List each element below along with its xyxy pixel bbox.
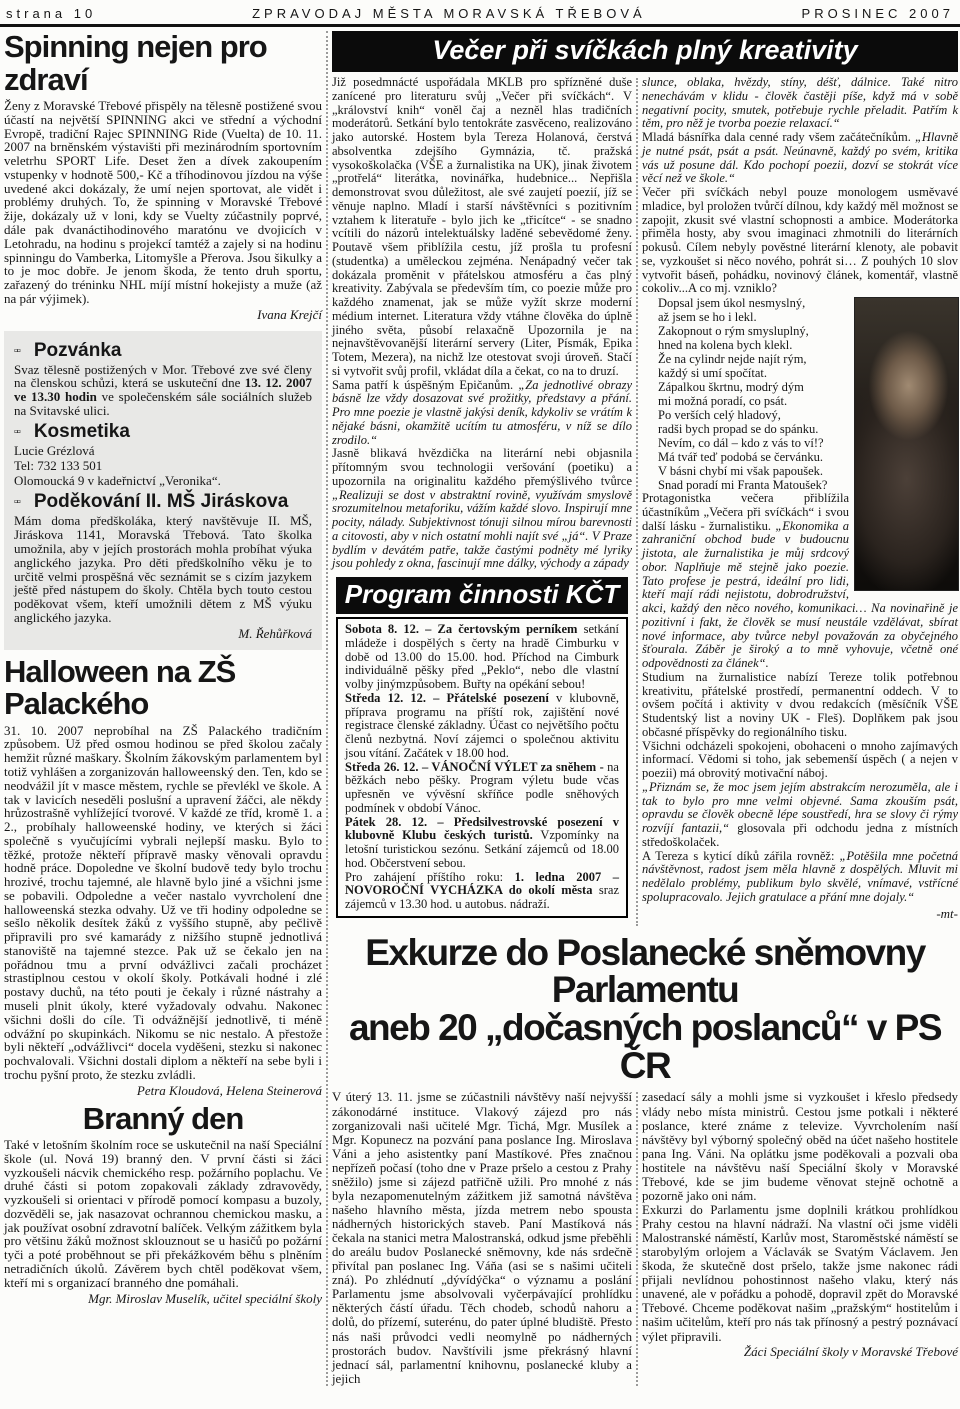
article-signature: Ivana Krejčí <box>4 307 322 323</box>
article-title-branny-den: Branný den <box>4 1103 322 1136</box>
paragraph: V úterý 13. 11. jsme se zúčastnili návšt… <box>332 1090 632 1385</box>
paragraph: Večer při svíčkách nebyl pouze monologem… <box>642 186 958 296</box>
article-title-vecer: Večer při svíčkách plný kreativity <box>332 31 958 72</box>
vecer-column-1: Již posedmnácté uspořádala MKLB pro spří… <box>332 76 632 926</box>
kct-item: Pátek 28. 12. – Předsilvestrovské poseze… <box>345 816 619 871</box>
left-column: Spinning nejen pro zdraví Ženy z Moravsk… <box>4 29 322 1386</box>
article-signature: -mt- <box>642 906 958 922</box>
paragraph: A Tereza s kyticí díků zářila rovněž: „P… <box>642 850 958 905</box>
paragraph: Svaz tělesně postižených v Mor. Třebové … <box>14 363 312 418</box>
exkurze-column-2: zasedací sály a mohli jsme si vyzkoušet … <box>642 1090 958 1385</box>
event-photo <box>855 298 958 590</box>
article-signature: Mgr. Miroslav Muselík, učitel speciální … <box>4 1291 322 1307</box>
paragraph: Také v letošním školním roce se uskutečn… <box>4 1138 322 1289</box>
article-signature: Petra Kloudová, Helena Steinerová <box>4 1083 322 1099</box>
notice-line: Tel: 732 133 501 <box>14 459 312 474</box>
kct-item: Středa 26. 12. – VÁNOČNÍ VÝLET za sněhem… <box>345 761 619 816</box>
page-number: strana 10 <box>6 6 96 21</box>
article-body-branny-den: Také v letošním školním roce se uskutečn… <box>4 1138 322 1289</box>
article-body-spinning: Ženy z Moravské Třebové přispěly na těle… <box>4 99 322 305</box>
notice-title-podekovani: ▫▫Poděkování II. MŠ Jiráskova <box>14 491 312 513</box>
article-signature: Žáci Speciální školy v Moravské Třebové <box>642 1345 958 1359</box>
issue-date: PROSINEC 2007 <box>802 6 954 21</box>
kct-item: Sobota 8. 12. – Za čertovským perníkem s… <box>345 623 619 692</box>
notice-body-podekovani: Mám doma předškoláka, který navštěvuje I… <box>14 514 312 624</box>
paragraph: „Přiznám se, že moc jsem jejím abstrakcí… <box>642 781 958 850</box>
notice-line: Lucie Grézlová <box>14 444 312 459</box>
list-marker-icon: ▫▫ <box>14 345 20 357</box>
notice-title-pozvanka: ▫▫Pozvánka <box>14 340 312 362</box>
paragraph: Studium na žurnalistice nabízí Tereze to… <box>642 671 958 740</box>
notice-line: Olomoucká 9 v kadeřnictví „Veronika“. <box>14 474 312 489</box>
newspaper-title: ZPRAVODAJ MĚSTA MORAVSKÁ TŘEBOVÁ <box>252 6 646 21</box>
paragraph: 31. 10. 2007 neprobíhal na ZŠ Palackého … <box>4 724 322 1082</box>
article-body-halloween: 31. 10. 2007 neprobíhal na ZŠ Palackého … <box>4 724 322 1082</box>
paragraph: Exkurzi do Parlamentu jsme doplnili krát… <box>642 1203 958 1344</box>
list-marker-icon: ▫▫ <box>14 496 20 508</box>
paragraph: Ženy z Moravské Třebové přispěly na těle… <box>4 99 322 305</box>
column-divider <box>636 1092 638 1385</box>
vecer-column-2: slunce, oblaka, hvězdy, stíny, déšť, dál… <box>642 76 958 926</box>
kct-box-title: Program činnosti KČT <box>336 577 628 614</box>
paragraph: slunce, oblaka, hvězdy, stíny, déšť, dál… <box>642 76 958 131</box>
paragraph: Všichni odcházeli spokojeni, obohaceni o… <box>642 740 958 781</box>
article-title-exkurze: Exkurze do Poslanecké sněmovny Parlament… <box>332 934 958 1085</box>
paragraph: Již posedmnácté uspořádala MKLB pro spří… <box>332 76 632 379</box>
column-divider <box>636 78 638 926</box>
kct-item: Pro zahájení příštího roku: 1. ledna 200… <box>345 871 619 912</box>
notices-box: ▫▫Pozvánka Svaz tělesně postižených v Mo… <box>4 331 322 650</box>
masthead: strana 10 ZPRAVODAJ MĚSTA MORAVSKÁ TŘEBO… <box>0 0 960 27</box>
paragraph: Mám doma předškoláka, který navštěvuje I… <box>14 514 312 624</box>
kct-program-box: Sobota 8. 12. – Za čertovským perníkem s… <box>336 617 628 918</box>
column-divider <box>326 31 328 1386</box>
paragraph: Jasně blikavá hvězdička na literární neb… <box>332 447 632 571</box>
exkurze-column-1: V úterý 13. 11. jsme se zúčastnili návšt… <box>332 1090 632 1385</box>
newspaper-page: strana 10 ZPRAVODAJ MĚSTA MORAVSKÁ TŘEBO… <box>0 0 960 1409</box>
notice-signature: M. Řehůřková <box>14 626 312 642</box>
list-marker-icon: ▫▫ <box>14 426 20 438</box>
paragraph: Sama patří k úspěšným Epičanům. „Za jedn… <box>332 379 632 448</box>
article-title-spinning: Spinning nejen pro zdraví <box>4 31 322 96</box>
article-title-halloween: Halloween na ZŠ Palackého <box>4 656 322 721</box>
notice-title-kosmetika: ▫▫Kosmetika <box>14 421 312 443</box>
paragraph: zasedací sály a mohli jsme si vyzkoušet … <box>642 1090 958 1203</box>
paragraph: Mladá básnířka dala cenné rady všem začá… <box>642 131 958 186</box>
right-area: Večer při svíčkách plný kreativity Již p… <box>332 29 958 1386</box>
kct-item: Středa 12. 12. – Přátelské posezení v kl… <box>345 692 619 761</box>
notice-body-pozvanka: Svaz tělesně postižených v Mor. Třebové … <box>14 363 312 418</box>
